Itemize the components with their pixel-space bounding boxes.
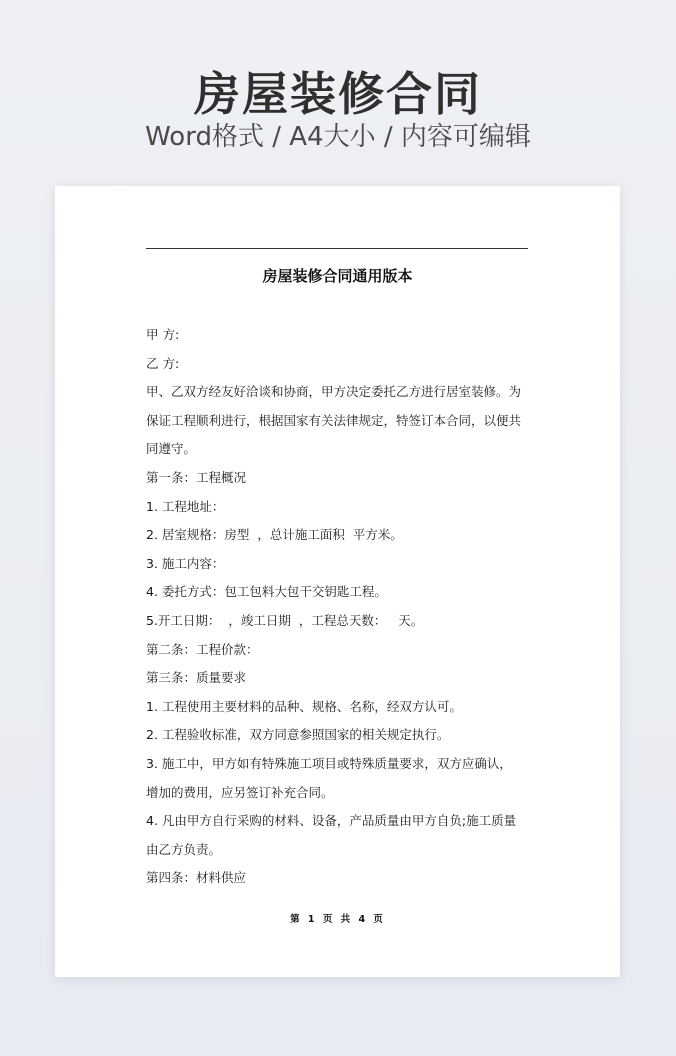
banner-subtitle: Word格式 / A4大小 / 内容可编辑 <box>0 118 676 156</box>
banner-title: 房屋装修合同 <box>0 64 676 124</box>
clause-line: 增加的费用，应另签订补充合同。 <box>146 779 530 808</box>
clause-line: 4. 委托方式：包工包料大包干交钥匙工程。 <box>146 578 530 607</box>
clause-line: 2. 居室规格：房型 ，总计施工面积 平方米。 <box>146 521 530 550</box>
header-divider <box>146 248 528 249</box>
clause-line: 1. 工程使用主要材料的品种、规格、名称，经双方认可。 <box>146 693 530 722</box>
article-heading: 第三条：质量要求 <box>146 664 530 693</box>
paragraph-line: 保证工程顺利进行，根据国家有关法律规定，特签订本合同，以便共 <box>146 407 530 436</box>
document-page: 房屋装修合同通用版本 甲 方: 乙 方: 甲、乙双方经友好洽谈和协商，甲方决定委… <box>55 186 620 977</box>
party-a-line: 甲 方: <box>146 321 530 350</box>
document-body: 甲 方: 乙 方: 甲、乙双方经友好洽谈和协商，甲方决定委托乙方进行居室装修。为… <box>146 321 530 893</box>
clause-line: 由乙方负责。 <box>146 836 530 865</box>
article-heading: 第二条：工程价款： <box>146 636 530 665</box>
clause-line: 4. 凡由甲方自行采购的材料、设备，产品质量由甲方自负;施工质量 <box>146 807 530 836</box>
clause-line: 3. 施工中，甲方如有特殊施工项目或特殊质量要求，双方应确认， <box>146 750 530 779</box>
document-title: 房屋装修合同通用版本 <box>55 264 620 288</box>
clause-line: 5.开工日期： ，竣工日期 ，工程总天数： 天。 <box>146 607 530 636</box>
clause-line: 1. 工程地址： <box>146 493 530 522</box>
article-heading: 第四条：材料供应 <box>146 864 530 893</box>
paragraph-line: 同遵守。 <box>146 435 530 464</box>
paragraph-line: 甲、乙双方经友好洽谈和协商，甲方决定委托乙方进行居室装修。为 <box>146 378 530 407</box>
party-b-line: 乙 方: <box>146 350 530 379</box>
article-heading: 第一条：工程概况 <box>146 464 530 493</box>
page-footer: 第 1 页 共 4 页 <box>55 911 620 925</box>
clause-line: 2. 工程验收标准，双方同意参照国家的相关规定执行。 <box>146 721 530 750</box>
clause-line: 3. 施工内容： <box>146 550 530 579</box>
